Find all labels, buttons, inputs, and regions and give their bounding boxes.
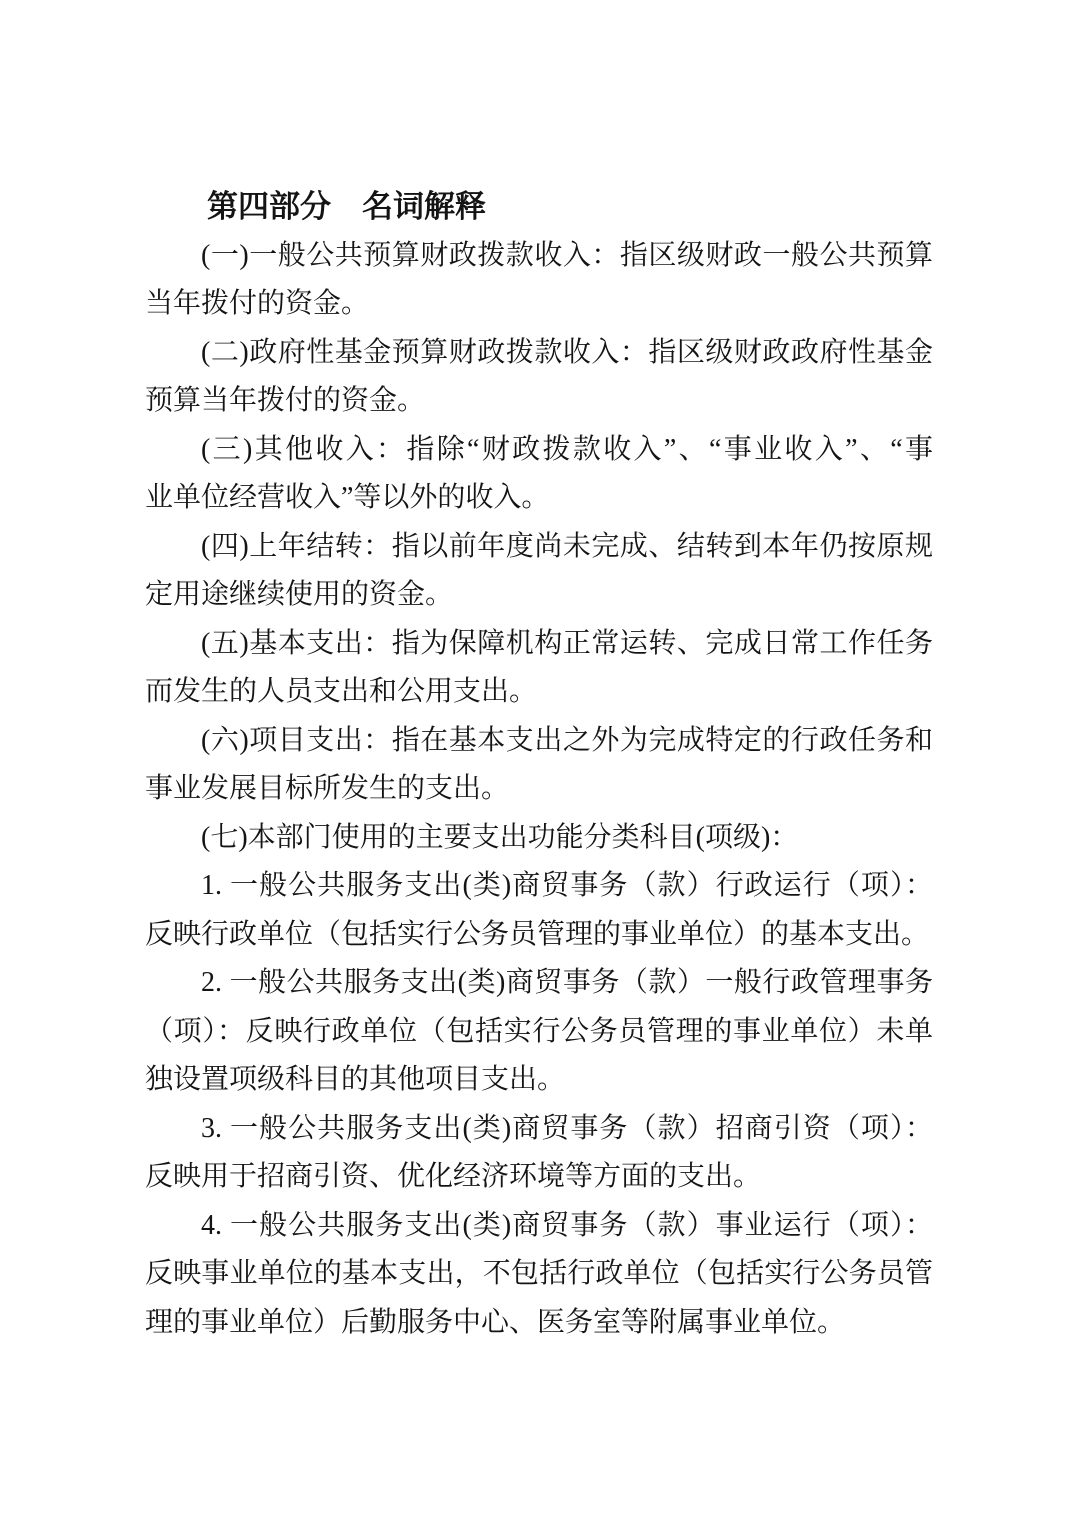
paragraph-line: 业单位经营收入”等以外的收入。 (145, 474, 933, 523)
definition-para-5: (五)基本支出：指为保障机构正常运转、完成日常工作任务 而发生的人员支出和公用支… (145, 620, 933, 717)
paragraph-line: (五)基本支出：指为保障机构正常运转、完成日常工作任务 (145, 620, 933, 669)
paragraph-line: 定用途继续使用的资金。 (145, 571, 933, 620)
subject-item-3: 3. 一般公共服务支出(类)商贸事务（款）招商引资（项）： 反映用于招商引资、优… (145, 1105, 933, 1202)
paragraph-line: 理的事业单位）后勤服务中心、医务室等附属事业单位。 (145, 1299, 933, 1348)
paragraph-line: 而发生的人员支出和公用支出。 (145, 668, 933, 717)
paragraph-line: 当年拨付的资金。 (145, 280, 933, 329)
paragraph-line: (七)本部门使用的主要支出功能分类科目(项级)： (145, 814, 933, 863)
definition-para-6: (六)项目支出：指在基本支出之外为完成特定的行政任务和 事业发展目标所发生的支出… (145, 717, 933, 814)
subject-item-4: 4. 一般公共服务支出(类)商贸事务（款）事业运行（项）： 反映事业单位的基本支… (145, 1202, 933, 1348)
paragraph-line: (二)政府性基金预算财政拨款收入：指区级财政政府性基金 (145, 329, 933, 378)
paragraph-line: (六)项目支出：指在基本支出之外为完成特定的行政任务和 (145, 717, 933, 766)
paragraph-line: （项）：反映行政单位（包括实行公务员管理的事业单位）未单 (145, 1008, 933, 1057)
definition-para-4: (四)上年结转：指以前年度尚未完成、结转到本年仍按原规 定用途继续使用的资金。 (145, 523, 933, 620)
paragraph-line: 反映用于招商引资、优化经济环境等方面的支出。 (145, 1153, 933, 1202)
paragraph-line: 反映事业单位的基本支出，不包括行政单位（包括实行公务员管 (145, 1250, 933, 1299)
paragraph-line: 反映行政单位（包括实行公务员管理的事业单位）的基本支出。 (145, 911, 933, 960)
paragraph-line: 3. 一般公共服务支出(类)商贸事务（款）招商引资（项）： (145, 1105, 933, 1154)
paragraph-line: (三)其他收入：指除“财政拨款收入”、“事业收入”、“事 (145, 426, 933, 475)
definition-para-7: (七)本部门使用的主要支出功能分类科目(项级)： (145, 814, 933, 863)
subject-item-1: 1. 一般公共服务支出(类)商贸事务（款）行政运行（项）： 反映行政单位（包括实… (145, 862, 933, 959)
paragraph-line: 预算当年拨付的资金。 (145, 377, 933, 426)
subject-item-2: 2. 一般公共服务支出(类)商贸事务（款）一般行政管理事务 （项）：反映行政单位… (145, 959, 933, 1105)
document-page: 第四部分 名词解释 (一)一般公共预算财政拨款收入：指区级财政一般公共预算 当年… (0, 0, 1074, 1520)
paragraph-line: (一)一般公共预算财政拨款收入：指区级财政一般公共预算 (145, 232, 933, 281)
paragraph-line: 独设置项级科目的其他项目支出。 (145, 1056, 933, 1105)
section-heading: 第四部分 名词解释 (145, 183, 933, 232)
definition-para-1: (一)一般公共预算财政拨款收入：指区级财政一般公共预算 当年拨付的资金。 (145, 232, 933, 329)
paragraph-line: (四)上年结转：指以前年度尚未完成、结转到本年仍按原规 (145, 523, 933, 572)
definition-para-3: (三)其他收入：指除“财政拨款收入”、“事业收入”、“事 业单位经营收入”等以外… (145, 426, 933, 523)
paragraph-line: 2. 一般公共服务支出(类)商贸事务（款）一般行政管理事务 (145, 959, 933, 1008)
paragraph-line: 事业发展目标所发生的支出。 (145, 765, 933, 814)
paragraph-line: 4. 一般公共服务支出(类)商贸事务（款）事业运行（项）： (145, 1202, 933, 1251)
paragraph-line: 1. 一般公共服务支出(类)商贸事务（款）行政运行（项）： (145, 862, 933, 911)
definition-para-2: (二)政府性基金预算财政拨款收入：指区级财政政府性基金 预算当年拨付的资金。 (145, 329, 933, 426)
